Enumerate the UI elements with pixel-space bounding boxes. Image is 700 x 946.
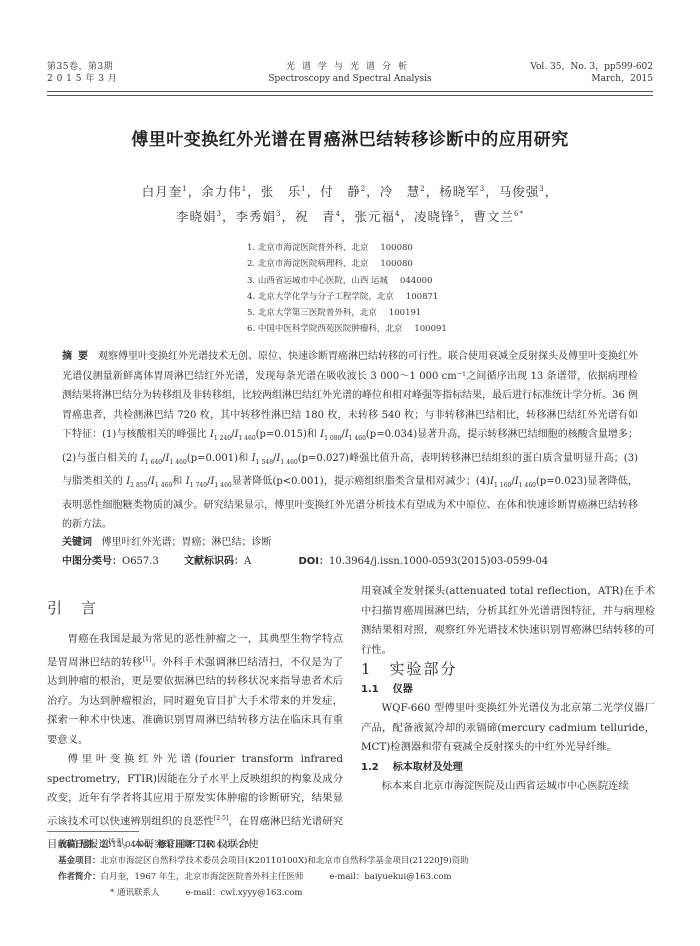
footnote-fund: 基金项目：北京市海淀区自然科学技术委员会项目(K20110100X)和北京市自然… [58,853,469,869]
paragraph: 用衰减全发射探头(attenuated total reflection，ATR… [361,582,655,660]
author: 凌晓锋5 [414,209,460,224]
publication-month: March，2015 [530,74,653,86]
section-heading-experimental: 1 实验部分 [361,660,655,680]
author: 马俊强3 [499,184,545,199]
author: 李秀娟3 [236,209,282,224]
intro-text-left-column: 胃癌在我国是最为常见的恶性肿瘤之一，其典型生物学特点是胃周淋巴结的转移[1]。外… [47,630,343,855]
keywords-value: 傅里叶红外光谱；胃癌；淋巴结；诊断 [102,537,272,548]
author-list: 白月奎1，余力伟1，张 乐1，付 静2，冷 慧2，杨晓军3，马俊强3， 李晓娟3… [0,178,700,228]
paragraph: 胃癌在我国是最为常见的恶性肿瘤之一，其典型生物学特点是胃周淋巴结的转移[1]。外… [47,630,343,750]
footnote-corresponding: * 通讯联系人e-mail：cwl.xyyy@163.com [58,885,469,901]
author: 李晓娟3 [176,209,222,224]
running-header-journal: 光谱学与光谱分析 Spectroscopy and Spectral Analy… [200,62,500,85]
text-right-column: 用衰减全发射探头(attenuated total reflection，ATR… [361,582,655,797]
footnote-rule [47,831,139,832]
subsection-heading-specimen: 1.2标本取材及处理 [361,758,655,778]
footnote-author-bio: 作者简介：白月奎，1967 年生，北京市海淀医院普外科主任医师e-mail：ba… [58,869,469,885]
paragraph: WQF-660 型傅里叶变换红外光谱仪为北京第二光学仪器厂产品，配备液氮冷却的汞… [361,699,655,758]
affiliation-item: 5. 北京大学第三医院普外科，北京100191 [247,305,447,321]
author-email: e-mail：baiyuekui@163.com [329,872,451,882]
affiliation-list: 1. 北京市海淀医院普外科，北京100080 2. 北京市海淀医院病理科，北京1… [247,240,447,338]
author: 付 静2 [320,184,366,199]
author-line-2: 李晓娟3，李秀娟3，祝 青4，张元福4，凌晓锋5，曹文兰6* [0,203,700,228]
document-code: A [244,556,251,567]
abstract-label: 摘要 [62,351,94,362]
subsection-heading-instrument: 1.1仪器 [361,680,655,700]
author: 冷 慧2 [380,184,426,199]
affiliation-item: 1. 北京市海淀医院普外科，北京100080 [247,240,447,256]
affiliation-item: 6. 中国中医科学院西苑医院肿瘤科，北京100091 [247,321,447,337]
paragraph: 标本来自北京市海淀医院及山西省运城市中心医院连续 [361,777,655,797]
footnotes: 收稿日期：2014-04-04，修订日期：2014-07-25 基金项目：北京市… [58,837,469,901]
paper-title: 傅里叶变换红外光谱在胃癌淋巴结转移诊断中的应用研究 [0,125,700,150]
issue-date: 2 0 1 5 年 3 月 [47,74,117,86]
author: 祝 青4 [295,209,341,224]
running-header-volume: 第35卷，第3期 2 0 1 5 年 3 月 [47,62,117,85]
classification-line: 中图分类号：O657.3 文献标识码：A DOI：10.3964/j.issn.… [62,552,548,572]
keywords: 关键词 傅里叶红外光谱；胃癌；淋巴结；诊断 [62,533,272,553]
keywords-label: 关键词 [62,537,92,548]
affiliation-item: 3. 山西省运城市中心医院，山西 运城044000 [247,273,447,289]
volume-pages: Vol. 35，No. 3，pp599-602 [530,62,653,74]
footnote-dates: 收稿日期：2014-04-04，修订日期：2014-07-25 [58,837,469,853]
author-line-1: 白月奎1，余力伟1，张 乐1，付 静2，冷 慧2，杨晓军3，马俊强3， [0,178,700,203]
abstract: 摘要观察傅里叶变换红外光谱技术无创、原位、快速诊断胃癌淋巴结转移的可行性。联合使… [62,347,638,535]
affiliation-item: 4. 北京大学化学与分子工程学院，北京100871 [247,289,447,305]
author: 张 乐1 [261,184,307,199]
affiliation-item: 2. 北京市海淀医院病理科，北京100080 [247,256,447,272]
corresponding-email: e-mail：cwl.xyyy@163.com [185,888,302,898]
header-rule [47,91,653,96]
section-heading-intro: 引 言 [47,597,98,618]
journal-name-en: Spectroscopy and Spectral Analysis [200,74,500,86]
author: 余力伟1 [201,184,247,199]
clc-number: O657.3 [122,556,159,567]
author: 白月奎1 [142,184,188,199]
author: 曹文兰6* [474,209,524,224]
author: 张元福4 [355,209,401,224]
running-header-pages: Vol. 35，No. 3，pp599-602 March，2015 [530,62,653,85]
volume-issue: 第35卷，第3期 [47,62,117,74]
journal-name-cn: 光谱学与光谱分析 [200,62,500,74]
doi: 10.3964/j.issn.1000-0593(2015)03-0599-04 [329,556,548,567]
author: 杨晓军3 [439,184,485,199]
